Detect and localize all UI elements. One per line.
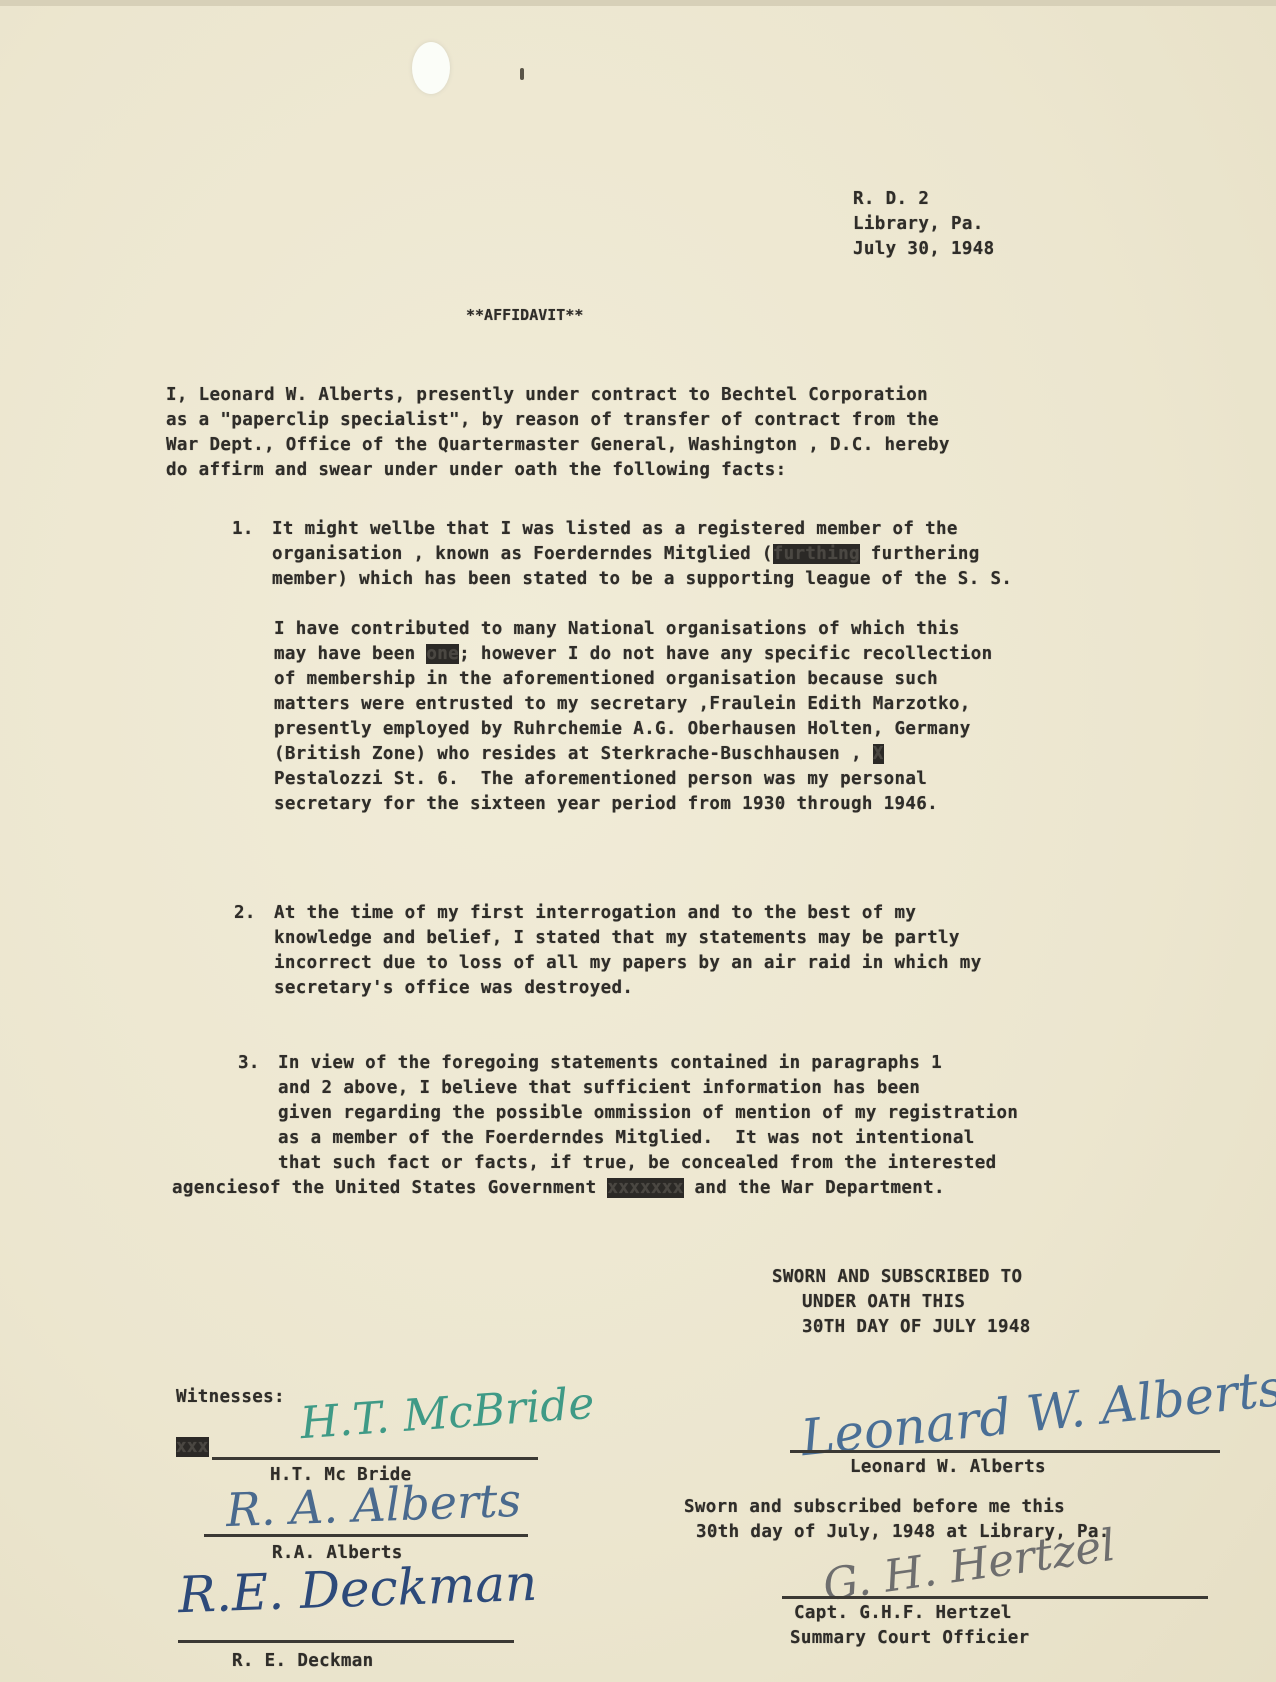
witness-signature-line-2 bbox=[204, 1534, 528, 1537]
paragraph-2-line-2: knowledge and belief, I stated that my s… bbox=[274, 927, 960, 950]
intro-line-3: War Dept., Office of the Quartermaster G… bbox=[166, 434, 950, 457]
document-page: R. D. 2 Library, Pa. July 30, 1948 **AFF… bbox=[0, 0, 1276, 1682]
paragraph-3-line-2: and 2 above, I believe that sufficient i… bbox=[278, 1077, 920, 1100]
paragraph-2-line-3: incorrect due to loss of all my papers b… bbox=[274, 952, 982, 975]
page-top-edge bbox=[0, 0, 1276, 6]
punch-hole bbox=[412, 42, 450, 94]
witness-signature-line-1 bbox=[212, 1457, 538, 1460]
witness-signature-1: H.T. McBride bbox=[299, 1378, 596, 1449]
paragraph-1-sub-line-1: I have contributed to many National orga… bbox=[274, 618, 960, 641]
struck-text: X bbox=[873, 744, 884, 764]
intro-line-4: do affirm and swear under under oath the… bbox=[166, 459, 787, 482]
struck-prefix: xxx bbox=[176, 1436, 209, 1459]
witness-signature-2: R. A. Alberts bbox=[225, 1473, 522, 1537]
witnesses-label: Witnesses: bbox=[176, 1386, 285, 1409]
paragraph-1-sub-line-4: matters were entrusted to my secretary ,… bbox=[274, 693, 971, 716]
paragraph-2-line-1: At the time of my first interrogation an… bbox=[274, 902, 916, 925]
paragraph-1-sub-line-6: (British Zone) who resides at Sterkrache… bbox=[274, 743, 884, 766]
address-line-1: R. D. 2 bbox=[853, 188, 929, 211]
document-title: **AFFIDAVIT** bbox=[466, 304, 583, 327]
witness-signature-line-3 bbox=[178, 1640, 514, 1643]
oath-line-2: UNDER OATH THIS bbox=[802, 1291, 965, 1314]
paragraph-1-line-1: It might wellbe that I was listed as a r… bbox=[272, 518, 958, 541]
paragraph-3-line-3: given regarding the possible ommission o… bbox=[278, 1102, 1018, 1125]
paragraph-2-line-4: secretary's office was destroyed. bbox=[274, 977, 633, 1000]
paper-mark bbox=[520, 68, 524, 80]
affiant-name: Leonard W. Alberts bbox=[850, 1456, 1046, 1479]
paragraph-1-sub-line-5: presently employed by Ruhrchemie A.G. Ob… bbox=[274, 718, 971, 741]
paragraph-1-number: 1. bbox=[232, 518, 254, 541]
notary-signature-line bbox=[782, 1596, 1208, 1599]
witness-name-3: R. E. Deckman bbox=[232, 1650, 374, 1673]
paragraph-1-sub-line-2: may have been one; however I do not have… bbox=[274, 643, 993, 666]
paragraph-3-line-4: as a member of the Foerderndes Mitglied.… bbox=[278, 1127, 975, 1150]
paragraph-3-line-5: that such fact or facts, if true, be con… bbox=[278, 1152, 996, 1175]
intro-line-2: as a "paperclip specialist", by reason o… bbox=[166, 409, 939, 432]
witness-signature-3: R.E. Deckman bbox=[177, 1554, 538, 1625]
paragraph-1-sub-line-3: of membership in the aforementioned orga… bbox=[274, 668, 938, 691]
oath-line-1: SWORN AND SUBSCRIBED TO bbox=[772, 1266, 1022, 1289]
struck-text: one bbox=[426, 644, 459, 664]
affiant-signature-line bbox=[790, 1450, 1220, 1453]
oath-line-3: 30TH DAY OF JULY 1948 bbox=[802, 1316, 1031, 1339]
notary-line-1: Sworn and subscribed before me this bbox=[684, 1496, 1065, 1519]
paragraph-3-line-1: In view of the foregoing statements cont… bbox=[278, 1052, 942, 1075]
paragraph-1-sub-line-7: Pestalozzi St. 6. The aforementioned per… bbox=[274, 768, 927, 791]
paragraph-1-line-3: member) which has been stated to be a su… bbox=[272, 568, 1012, 591]
notary-name: Capt. G.H.F. Hertzel bbox=[794, 1602, 1012, 1625]
header-date: July 30, 1948 bbox=[853, 238, 995, 261]
struck-text: xxxxxxx bbox=[607, 1178, 683, 1198]
paragraph-1-sub-line-8: secretary for the sixteen year period fr… bbox=[274, 793, 938, 816]
notary-title: Summary Court Officier bbox=[790, 1627, 1030, 1650]
address-line-2: Library, Pa. bbox=[853, 213, 984, 236]
paragraph-1-line-2: organisation , known as Foerderndes Mitg… bbox=[272, 543, 980, 566]
intro-line-1: I, Leonard W. Alberts, presently under c… bbox=[166, 384, 928, 407]
paragraph-3-number: 3. bbox=[238, 1052, 260, 1075]
paragraph-3-line-6: agenciesof the United States Government … bbox=[172, 1177, 945, 1200]
paragraph-2-number: 2. bbox=[234, 902, 256, 925]
struck-text: furthing bbox=[773, 544, 860, 564]
